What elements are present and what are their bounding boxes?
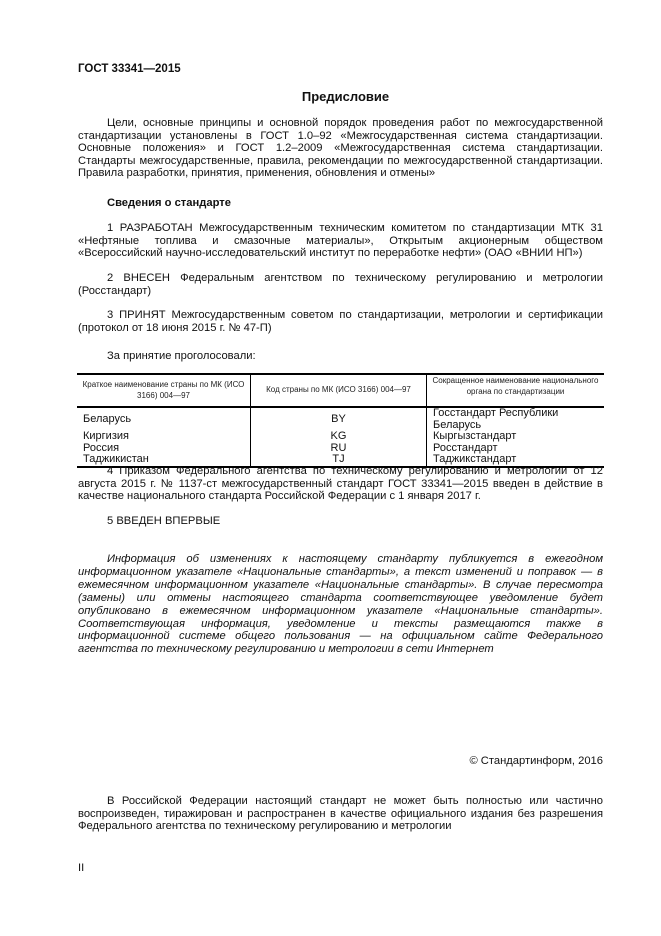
item-first-introduced: 5 ВВЕДЕН ВПЕРВЫЕ — [78, 515, 603, 528]
page-title: Предисловие — [0, 89, 661, 104]
table-row: Киргизия KG Кыргызстандарт — [77, 431, 604, 443]
country-name: Беларусь — [77, 407, 251, 431]
column-header-national-body: Сокращенное наименование национального о… — [427, 374, 605, 407]
national-body: Госстандарт Республики Беларусь — [427, 407, 605, 431]
changes-info-paragraph: Информация об изменениях к настоящему ст… — [78, 553, 603, 656]
item-enacted: 4 Приказом Федерального агентства по тех… — [78, 465, 603, 503]
page-number: II — [78, 862, 84, 874]
section-title: Сведения о стандарте — [107, 197, 231, 209]
country-code: KG — [251, 431, 427, 443]
column-header-country: Краткое наименование страны по МК (ИСО 3… — [77, 374, 251, 407]
national-body: Кыргызстандарт — [427, 431, 605, 443]
voting-table: Краткое наименование страны по МК (ИСО 3… — [77, 373, 604, 468]
item-adopted: 3 ПРИНЯТ Межгосударственным советом по с… — [78, 309, 603, 334]
table-row: Беларусь BY Госстандарт Республики Белар… — [77, 407, 604, 431]
country-code: BY — [251, 407, 427, 431]
column-header-code: Код страны по МК (ИСО 3166) 004—97 — [251, 374, 427, 407]
voted-label: За принятие проголосовали: — [107, 350, 256, 362]
item-submitted: 2 ВНЕСЕН Федеральным агентством по техни… — [78, 272, 603, 297]
document-code: ГОСТ 33341—2015 — [78, 63, 181, 75]
reproduction-notice: В Российской Федерации настоящий стандар… — [78, 795, 603, 833]
item-developed: 1 РАЗРАБОТАН Межгосударственным техничес… — [78, 222, 603, 260]
table-header-row: Краткое наименование страны по МК (ИСО 3… — [77, 374, 604, 407]
intro-paragraph: Цели, основные принципы и основной поряд… — [78, 117, 603, 180]
country-name: Киргизия — [77, 431, 251, 443]
copyright-notice: © Стандартинформ, 2016 — [469, 755, 603, 767]
